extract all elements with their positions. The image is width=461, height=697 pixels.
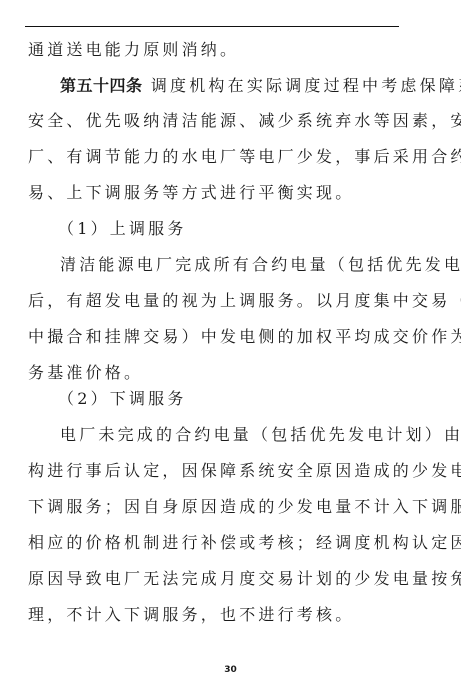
paragraph-line: 构进行事后认定，因保障系统安全原因造成的少发电量计入	[28, 461, 400, 481]
header-rule	[25, 26, 399, 27]
subheading-upward-service: （1）上调服务	[58, 219, 398, 239]
paragraph-line: 安全、优先吸纳清洁能源、减少系统弃水等因素，安排火电	[28, 111, 400, 131]
page-number: 30	[0, 665, 461, 675]
paragraph-line: 通道送电能力原则消纳。	[28, 40, 400, 60]
paragraph-line: 易、上下调服务等方式进行平衡实现。	[28, 183, 400, 203]
article-54-line: 第五十四条 调度机构在实际调度过程中考虑保障系统	[60, 76, 400, 96]
paragraph-line: 清洁能源电厂完成所有合约电量（包括优先发电计划）	[60, 255, 400, 275]
paragraph-line: 电厂未完成的合约电量（包括优先发电计划）由调度机	[60, 425, 400, 445]
paragraph-line: 中撮合和挂牌交易）中发电侧的加权平均成交价作为上调服	[28, 327, 400, 347]
paragraph-line: 务基准价格。	[28, 363, 400, 383]
paragraph-line: 厂、有调节能力的水电厂等电厂少发，事后采用合约转让交	[28, 147, 400, 167]
paragraph-line: 相应的价格机制进行补偿或考核；经调度机构认定因第三方	[28, 533, 400, 553]
paragraph-line: 理，不计入下调服务，也不进行考核。	[28, 605, 400, 625]
paragraph-line: 下调服务；因自身原因造成的少发电量不计入下调服务，按	[28, 497, 400, 517]
paragraph-line: 原因导致电厂无法完成月度交易计划的少发电量按免责处	[28, 569, 400, 589]
paragraph-line: 后，有超发电量的视为上调服务。以月度集中交易（包括集	[28, 291, 400, 311]
article-54-text: 调度机构在实际调度过程中考虑保障系统	[151, 76, 461, 95]
subheading-downward-service: （2）下调服务	[58, 389, 398, 409]
article-54-label: 第五十四条	[60, 76, 143, 95]
